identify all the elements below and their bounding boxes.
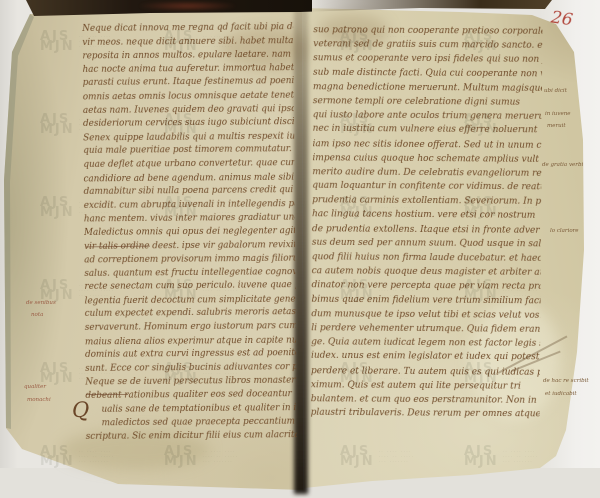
strikethrough-mark [86,394,128,395]
text-line: li perdere vehementer utrumque. Quia fid… [311,321,540,337]
text-line: vir meos. neque dicit annuere sibi. habe… [82,35,293,50]
margin-note: de senibus [26,300,56,306]
margin-note: et iudicabit [545,391,577,397]
text-line: dum munusque te ipso velut tibi et scias… [311,307,540,323]
text-line: excidit. cum abrupta iuvenali in intelle… [84,198,295,213]
text-line: perdere et liberare. Tu autem quis es qu… [311,364,540,380]
text-line: parasti cuius erunt. Itaque festinemus a… [83,75,294,90]
text-line: veterani sed de gratiis suis cum marcido… [313,37,542,53]
text-line: sus deum sed per annum suum. Quod usque … [312,236,541,252]
text-line: ualis sane de temptationibus et qualiter… [85,402,296,417]
folio-number: 26 [550,7,575,30]
text-line: Maledictus omnis qui opus dei neglegente… [84,225,295,240]
text-line: impensa cuius quoque hoc schemate ampliu… [312,151,541,167]
margin-note: nota [31,312,43,318]
initial-letter-q: Q [72,398,89,422]
text-line: candidiore ad bene agendum. animus male … [83,171,294,186]
text-line: sunt. Ecce cor singulis bucinis adiuvant… [85,361,296,376]
text-line: iudex. unus est enim legislator et iudex… [311,349,540,365]
left-page-text: Neque dicat innova me regna qd facit ubi… [82,21,297,444]
text-line: reposita in annos multos. epulare laetar… [82,49,293,64]
text-line: prudentia carminis extollentiam. Severio… [312,193,541,209]
text-line: quod filii huius non firma laude ducebat… [312,250,541,266]
text-line: ximum. Quis est autem qui lite persequit… [311,378,540,394]
text-line: Neque dicat innova me regna qd facit ubi… [82,21,293,36]
top-edge-rubric-smudge [140,1,235,11]
margin-note: de hac re scribit [543,378,589,384]
text-line: hanc mentem. vivas inter maiores gradiat… [84,212,295,227]
margin-note: monachi [27,397,51,403]
text-line: sermone templi ore celebratione digni su… [313,94,542,110]
text-line: legentia fuerit decoctum cum simplicitat… [85,293,296,308]
text-line: maius aliena alios experimur atque in ca… [85,334,296,349]
text-line: maledictos sed quae praecepta peccantium… [86,416,297,431]
text-line: recte senectam cum suo periculo. iuvene … [84,279,295,294]
margin-note: de gratia verbi [542,162,583,168]
manuscript-photo: Neque dicat innova me regna qd facit ubi… [0,0,600,498]
text-line: desideriorum cervices suas iugo subiciun… [83,116,294,131]
text-line: suo patrono qui non cooperante pretioso … [313,23,542,39]
text-line: bimus quae enim fidelium vere trium simi… [311,292,540,308]
text-line: scriptura. Sic enim dicitur filii eius c… [86,429,297,444]
margin-note: meruit [547,123,566,129]
text-line: quam loquantur in confitente cor vidimus… [312,179,541,195]
text-line: plaustri tribulaveris. Deus rerum per om… [311,406,540,422]
right-page-text: suo patrono qui non cooperante pretioso … [311,23,543,422]
text-line: iam ipso nec sitis idonee offerat. Sed u… [312,137,541,153]
text-line: ca autem nobis quoque deus magister et a… [312,264,541,280]
margin-note: ubi dicit [544,88,567,94]
text-line: omnis aetas omnis locus omnisque aetate … [83,90,294,105]
text-line: sub male distincte facti. Quia cui coope… [313,65,542,81]
text-line: magna benedictione meruerunt. Multum mag… [313,80,542,96]
text-line: debeant rationibus qualiter eos sed doce… [85,388,296,403]
text-line: ad correptionem provisorum immo magis fi… [84,253,295,268]
text-line: servaverunt. Hominum ergo iustorum pars … [85,320,296,335]
text-line: quae deflet atque urbano convertetur. qu… [83,157,294,172]
text-line: nec in iustitia cum vulnere eius efferre… [313,122,542,138]
margin-note: in iuvene [545,111,571,117]
text-line: hac lingua tacens hostium. vere etsi cor… [312,208,541,224]
text-line: Neque se de iuveni persecutus libros mon… [85,375,296,390]
text-line: Senex quippe laudabilis qui a multis res… [83,130,294,145]
text-line: damnabitur sibi nulla poena parcens cred… [84,184,295,199]
margin-note: lo clariore [550,228,579,234]
margin-note: qualiter [24,384,46,390]
